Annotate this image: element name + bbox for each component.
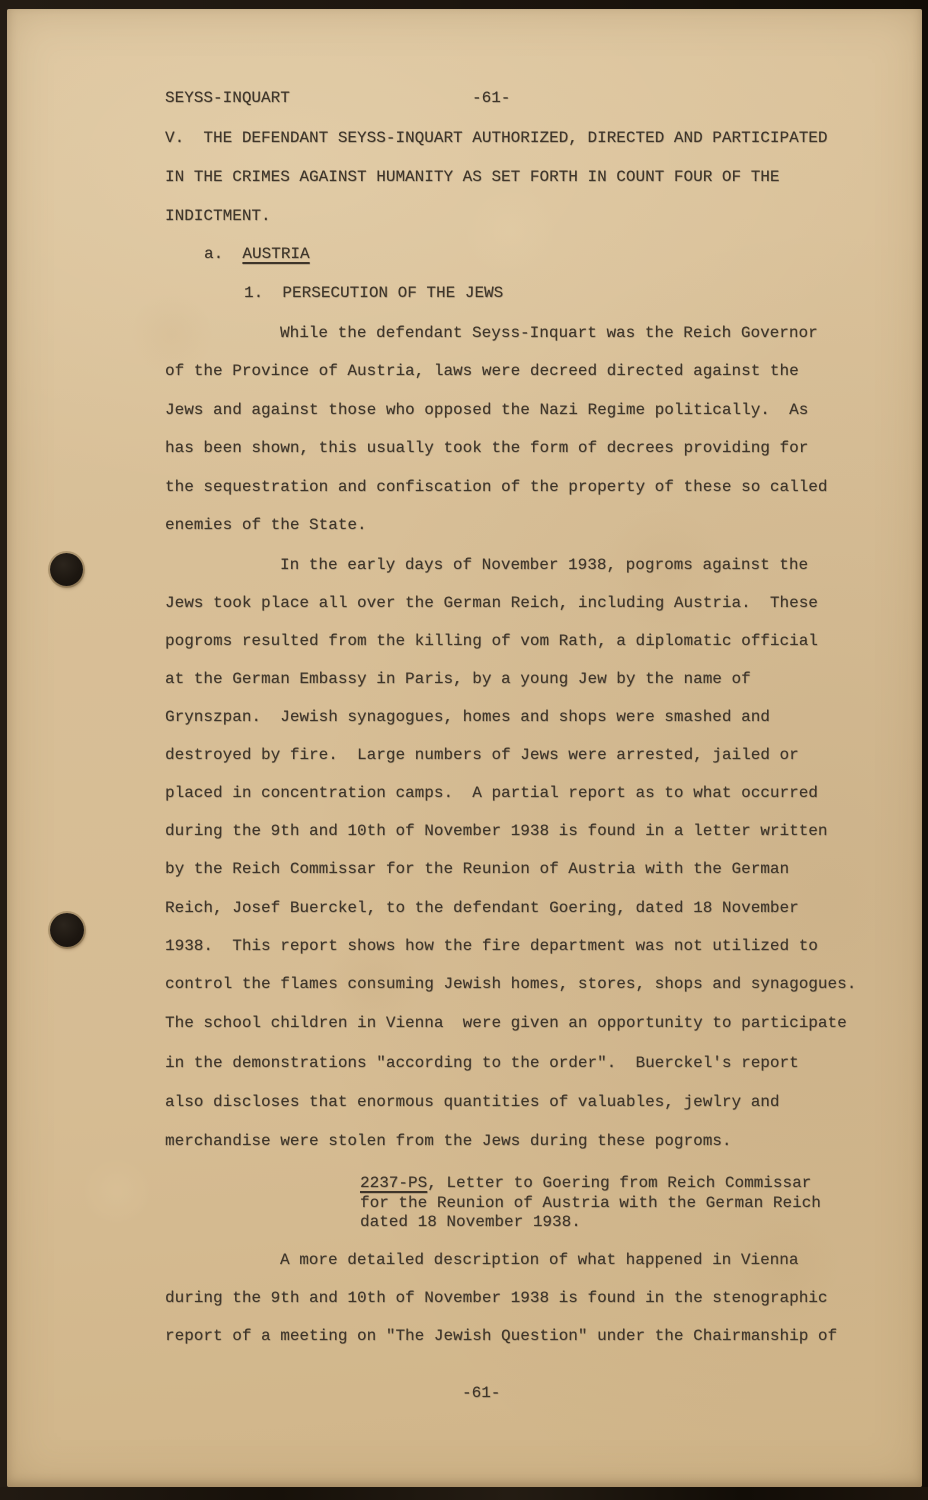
text-segment: a. <box>204 245 242 263</box>
typescript-line: -61- <box>472 87 510 109</box>
text-segment: the sequestration and confiscation of th… <box>165 478 828 496</box>
typescript-line: placed in concentration camps. A partial… <box>165 782 818 804</box>
text-segment: destroyed by fire. Large numbers of Jews… <box>165 746 799 764</box>
text-segment: 1. PERSECUTION OF THE JEWS <box>244 284 503 302</box>
text-segment: enemies of the State. <box>165 516 367 534</box>
typescript-line: 2237-PS, Letter to Goering from Reich Co… <box>360 1172 811 1194</box>
text-segment: Reich, Josef Buerckel, to the defendant … <box>165 899 799 917</box>
text-segment: IN THE CRIMES AGAINST HUMANITY AS SET FO… <box>165 168 780 186</box>
text-segment: -61- <box>472 89 510 107</box>
text-segment: In the early days of November 1938, pogr… <box>280 556 808 574</box>
typescript-line: Jews took place all over the German Reic… <box>165 592 818 614</box>
typescript-line: V. THE DEFENDANT SEYSS-INQUART AUTHORIZE… <box>165 127 828 149</box>
text-segment: by the Reich Commissar for the Reunion o… <box>165 860 789 878</box>
typescript-line: Jews and against those who opposed the N… <box>165 399 808 421</box>
typescript-line: merchandise were stolen from the Jews du… <box>165 1130 732 1152</box>
typescript-line: Grynszpan. Jewish synagogues, homes and … <box>165 706 770 728</box>
scan-background: SEYSS-INQUART-61-V. THE DEFENDANT SEYSS-… <box>0 0 928 1500</box>
typescript-line: report of a meeting on "The Jewish Quest… <box>165 1325 837 1347</box>
underlined-text: AUSTRIA <box>242 245 309 263</box>
typescript-line: pogroms resulted from the killing of vom… <box>165 630 818 652</box>
typescript-line: by the Reich Commissar for the Reunion o… <box>165 858 789 880</box>
typescript-line: control the flames consuming Jewish home… <box>165 973 856 995</box>
text-segment: While the defendant Seyss-Inquart was th… <box>280 324 818 342</box>
text-segment: 1938. This report shows how the fire dep… <box>165 937 818 955</box>
typescript-line: of the Province of Austria, laws were de… <box>165 360 799 382</box>
typescript-line: INDICTMENT. <box>165 205 271 227</box>
typescript-line: The school children in Vienna were given… <box>165 1012 847 1034</box>
typescript-line: In the early days of November 1938, pogr… <box>280 554 808 576</box>
text-segment: A more detailed description of what happ… <box>280 1251 798 1269</box>
text-segment: Jews and against those who opposed the N… <box>165 401 808 419</box>
text-segment: V. THE DEFENDANT SEYSS-INQUART AUTHORIZE… <box>165 129 828 147</box>
text-segment: report of a meeting on "The Jewish Quest… <box>165 1327 837 1345</box>
typescript-line: SEYSS-INQUART <box>165 87 290 109</box>
typescript-line: at the German Embassy in Paris, by a you… <box>165 668 751 690</box>
text-segment: control the flames consuming Jewish home… <box>165 975 856 993</box>
text-segment: SEYSS-INQUART <box>165 89 290 107</box>
typescript-line: A more detailed description of what happ… <box>280 1249 798 1271</box>
typescript-line: IN THE CRIMES AGAINST HUMANITY AS SET FO… <box>165 166 780 188</box>
text-segment: The school children in Vienna were given… <box>165 1014 847 1032</box>
text-segment: dated 18 November 1938. <box>360 1213 581 1231</box>
typescript-line: dated 18 November 1938. <box>360 1211 581 1233</box>
text-segment: for the Reunion of Austria with the Germ… <box>360 1194 821 1212</box>
text-segment: in the demonstrations "according to the … <box>165 1054 799 1072</box>
typescript-line: during the 9th and 10th of November 1938… <box>165 820 828 842</box>
typescript-line: 1. PERSECUTION OF THE JEWS <box>244 282 503 304</box>
scanned-page: SEYSS-INQUART-61-V. THE DEFENDANT SEYSS-… <box>7 9 922 1487</box>
typescript-line: destroyed by fire. Large numbers of Jews… <box>165 744 799 766</box>
text-segment: placed in concentration camps. A partial… <box>165 784 818 802</box>
typescript-line: also discloses that enormous quantities … <box>165 1091 780 1113</box>
typescript-line: While the defendant Seyss-Inquart was th… <box>280 322 818 344</box>
typescript-line: enemies of the State. <box>165 514 367 536</box>
scan-bottom-edge <box>0 1487 928 1500</box>
text-segment: -61- <box>462 1384 500 1402</box>
typescript-text: SEYSS-INQUART-61-V. THE DEFENDANT SEYSS-… <box>7 9 922 1487</box>
text-segment: has been shown, this usually took the fo… <box>165 439 808 457</box>
text-segment: during the 9th and 10th of November 1938… <box>165 822 828 840</box>
underlined-text: 2237-PS <box>360 1174 427 1192</box>
text-segment: Jews took place all over the German Reic… <box>165 594 818 612</box>
typescript-line: has been shown, this usually took the fo… <box>165 437 808 459</box>
typescript-line: 1938. This report shows how the fire dep… <box>165 935 818 957</box>
text-segment: INDICTMENT. <box>165 207 271 225</box>
text-segment: also discloses that enormous quantities … <box>165 1093 780 1111</box>
typescript-line: the sequestration and confiscation of th… <box>165 476 828 498</box>
typescript-line: during the 9th and 10th of November 1938… <box>165 1287 828 1309</box>
typescript-line: in the demonstrations "according to the … <box>165 1052 799 1074</box>
text-segment: at the German Embassy in Paris, by a you… <box>165 670 751 688</box>
text-segment: pogroms resulted from the killing of vom… <box>165 632 818 650</box>
typescript-line: a. AUSTRIA <box>204 243 310 265</box>
text-segment: of the Province of Austria, laws were de… <box>165 362 799 380</box>
text-segment: merchandise were stolen from the Jews du… <box>165 1132 732 1150</box>
text-segment: Grynszpan. Jewish synagogues, homes and … <box>165 708 770 726</box>
typescript-line: Reich, Josef Buerckel, to the defendant … <box>165 897 799 919</box>
text-segment: , Letter to Goering from Reich Commissar <box>427 1174 811 1192</box>
typescript-line: -61- <box>462 1382 500 1404</box>
text-segment: during the 9th and 10th of November 1938… <box>165 1289 828 1307</box>
